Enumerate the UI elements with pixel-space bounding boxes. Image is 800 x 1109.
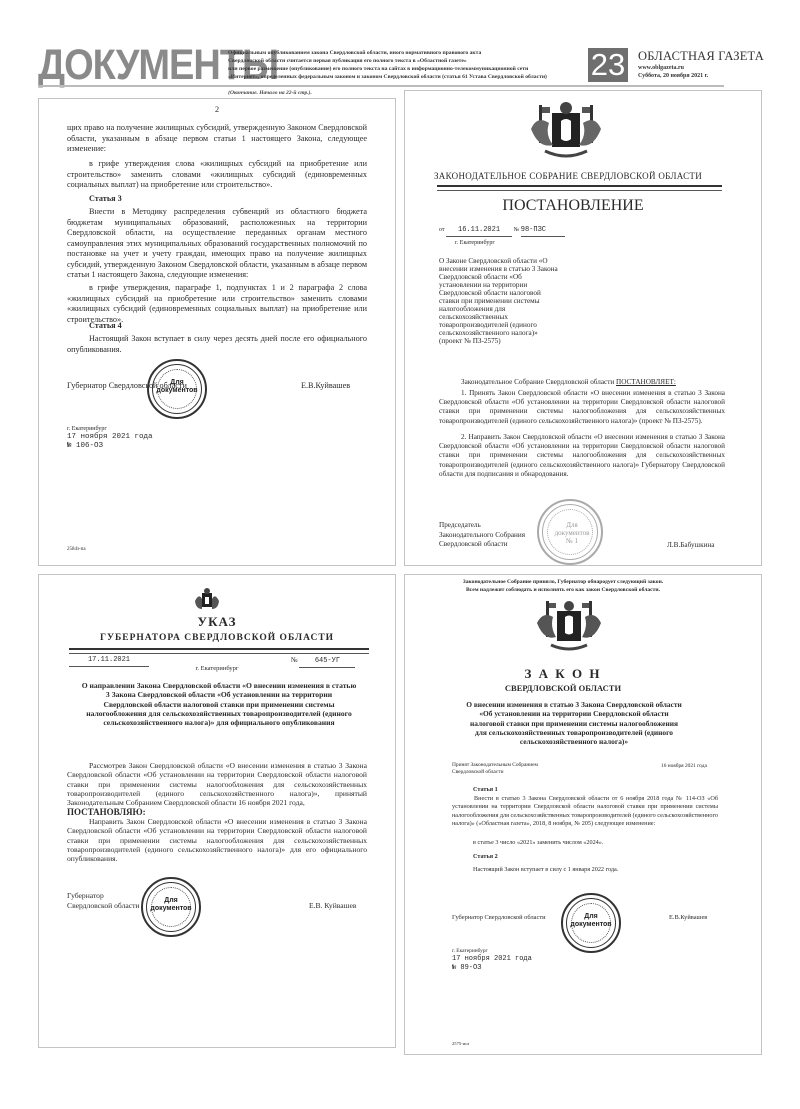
decree-title: О направлении Закона Свердловской област… (81, 681, 357, 727)
coat-of-arms-icon (525, 99, 607, 159)
article-1-change: в статье 3 число «2021» заменить числом … (473, 838, 603, 849)
newspaper-info: ОБЛАСТНАЯ ГАЗЕТА www.oblgazeta.ru Суббот… (638, 49, 800, 80)
signer-name: Е.В. Куйвашев (309, 901, 356, 912)
document-postanovlenie-98-pzs: ЗАКОНОДАТЕЛЬНОЕ СОБРАНИЕ СВЕРДЛОВСКОЙ ОБ… (404, 90, 762, 566)
issuer: ГУБЕРНАТОРА СВЕРДЛОВСКОЙ ОБЛАСТИ (39, 633, 395, 644)
issue-date: Суббота, 20 ноября 2021 г. (638, 72, 800, 80)
article-4-title: Статья 4 (89, 321, 122, 332)
coat-of-arms-icon (533, 597, 605, 651)
resolves-line: Законодательное Собрание Свердловской об… (461, 377, 676, 388)
resolution-number: 98-ПЗС (521, 225, 565, 237)
article-2-title: Статья 2 (473, 852, 498, 863)
publication-notice: Официальным опубликованием закона Свердл… (228, 49, 618, 81)
masthead-divider (38, 85, 724, 87)
document-type: УКАЗ (39, 615, 395, 629)
signer-name: Е.В.Куйвашев (669, 913, 707, 924)
masthead: ДОКУМЕНТЫ Официальным опубликованием зак… (38, 46, 724, 84)
paragraph: Направить Закон Свердловской области «О … (67, 817, 367, 863)
law-number: № 106-ОЗ (67, 442, 103, 451)
resolution-subject: О Законе Свердловской области «О внесени… (439, 257, 559, 345)
signer-title: Губернатор Свердловской области (67, 891, 139, 910)
paragraph: Настоящий Закон вступает в силу через де… (67, 334, 367, 355)
document-law-106-oz: 2 щих право на получение жилищных субсид… (38, 98, 396, 566)
law-number: № 89-ОЗ (452, 964, 481, 973)
seal-stamp: Для документов (147, 359, 207, 419)
newspaper-url[interactable]: www.oblgazeta.ru (638, 64, 800, 72)
document-type: З А К О Н (405, 667, 721, 681)
law-preamble: Законодательное Собрание приняло, Губерн… (405, 579, 721, 594)
doc-page-number: 2 (39, 105, 395, 116)
document-type: ПОСТАНОВЛЕНИЕ (405, 197, 741, 215)
city: г. Екатеринбург (455, 239, 495, 247)
signer-name: Л.В.Бабушкина (667, 540, 714, 551)
decree-word: ПОСТАНОВЛЯЮ: (67, 807, 146, 818)
issuing-organization: ЗАКОНОДАТЕЛЬНОЕ СОБРАНИЕ СВЕРДЛОВСКОЙ ОБ… (405, 171, 731, 182)
city: г. Екатеринбург (67, 425, 107, 433)
seal-stamp: Для документов (561, 893, 621, 953)
header-rule (69, 648, 369, 654)
document-law-89-oz: Законодательное Собрание приняло, Губерн… (404, 574, 762, 1055)
article-2-text: Настоящий Закон вступает в силу с 1 янва… (473, 865, 618, 876)
paragraph: щих право на получение жилищных субсидий… (67, 123, 367, 155)
page-number: 23 (588, 48, 628, 82)
signing-date: 17 ноября 2021 года (452, 955, 532, 964)
coat-of-arms-icon (194, 587, 220, 613)
newspaper-name: ОБЛАСТНАЯ ГАЗЕТА (638, 49, 800, 64)
signer-title: Председатель Законодательного Собрания С… (439, 521, 525, 550)
paragraph: Внести в Методику распределения субвенци… (67, 207, 367, 281)
footer-code: 2575-иса (452, 1040, 469, 1048)
adopted-by: Принят Законодательным Собранием Свердло… (452, 762, 538, 776)
header-rule (437, 185, 722, 191)
article-1-title: Статья 1 (473, 785, 498, 796)
paragraph: Рассмотрев Закон Свердловской области «О… (67, 761, 367, 807)
resolution-item-2: 2. Направить Закон Свердловской области … (439, 433, 725, 479)
region: СВЕРДЛОВСКОЙ ОБЛАСТИ (405, 683, 721, 694)
city: г. Екатеринбург (39, 665, 395, 673)
signer-name: Е.В.Куйвашев (301, 381, 350, 392)
seal-stamp: Для документов № 1 (537, 499, 603, 565)
document-ukaz-645-ug: УКАЗ ГУБЕРНАТОРА СВЕРДЛОВСКОЙ ОБЛАСТИ 17… (38, 574, 396, 1048)
signer-title: Губернатор Свердловской области (452, 913, 546, 924)
resolution-date: 16.11.2021 (446, 225, 512, 237)
city: г. Екатеринбург (452, 947, 488, 955)
law-title: О внесении изменения в статью 3 Закона С… (465, 700, 683, 746)
adopted-date: 16 ноября 2021 года (661, 762, 707, 770)
article-1-text: Внести в статью 3 Закона Свердловской об… (452, 795, 718, 828)
date-line: от 16.11.2021 № 98-ПЗС (439, 225, 565, 237)
seal-stamp: Для документов (141, 877, 201, 937)
paragraph: в грифе утверждения слова «жилищных субс… (67, 159, 367, 191)
footer-code: 2584з-па (67, 546, 86, 554)
resolution-item-1: 1. Принять Закон Свердловской области «О… (439, 389, 725, 426)
article-3-title: Статья 3 (89, 194, 122, 205)
paragraph: в грифе утверждения, параграфе 1, подпун… (67, 283, 367, 325)
signing-date: 17 ноября 2021 года (67, 433, 153, 442)
